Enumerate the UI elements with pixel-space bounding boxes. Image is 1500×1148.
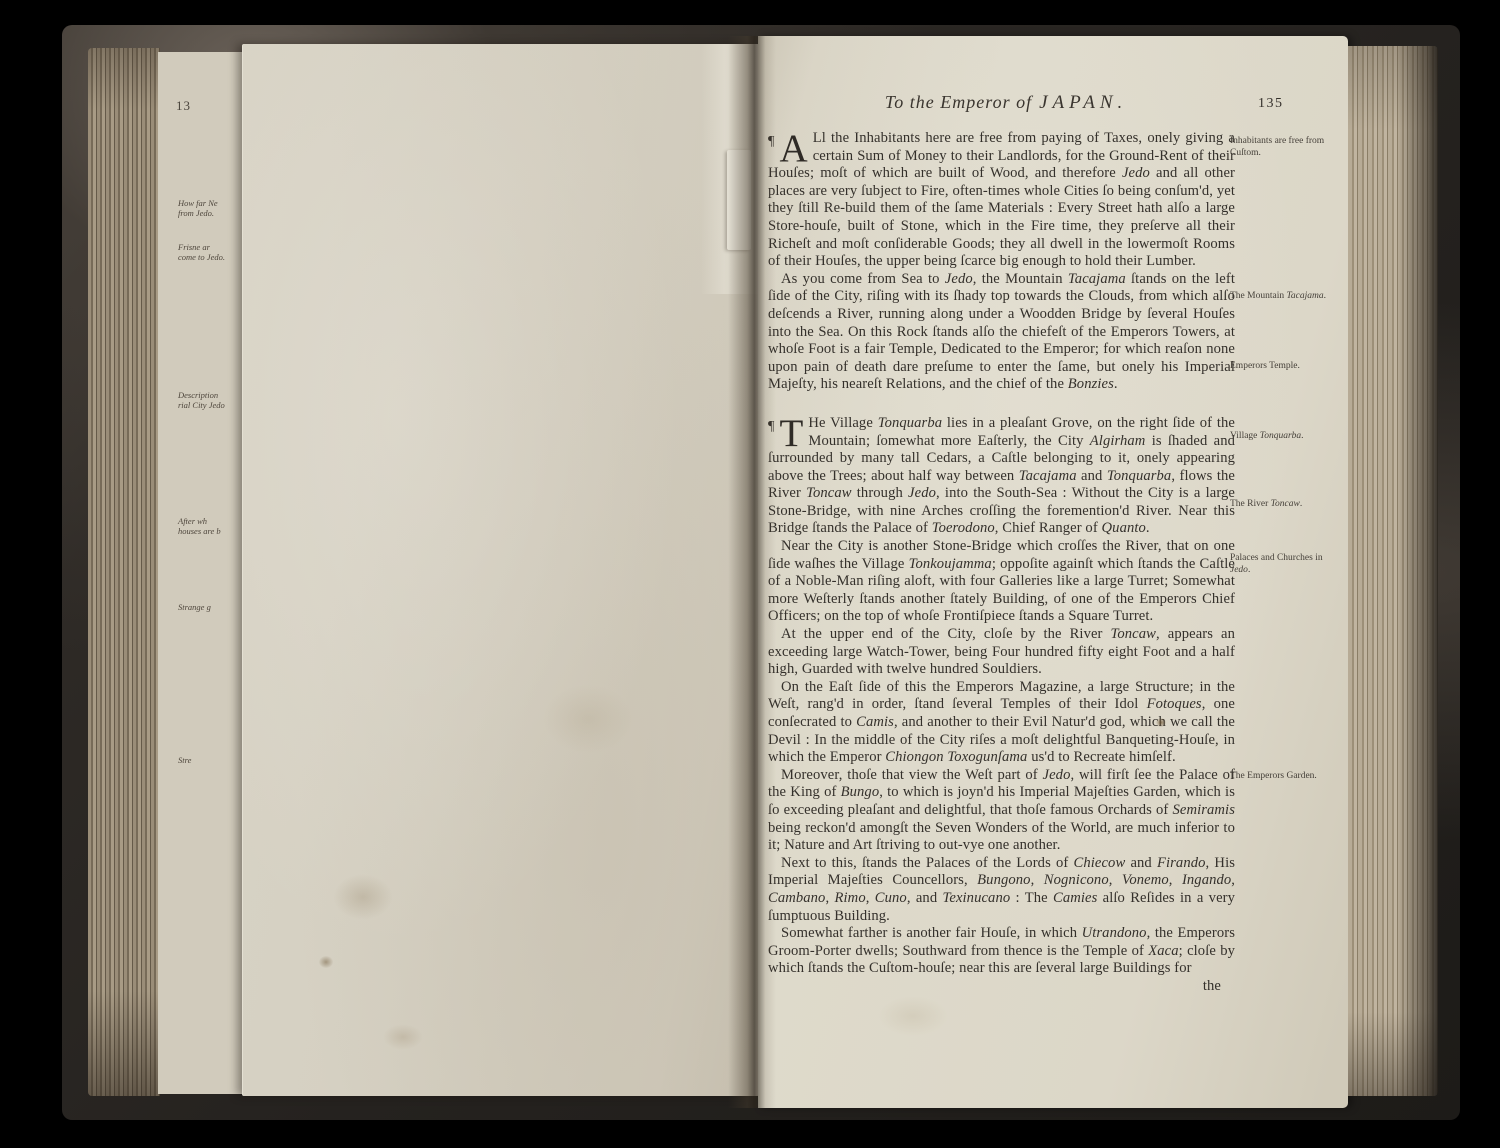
blank-interleaf-sheet xyxy=(242,44,759,1096)
book-photograph: 13 How far Nefrom Jedo. Frisne arcome to… xyxy=(0,0,1500,1148)
right-margin-note: Emperors Temple. xyxy=(1230,361,1326,373)
paper-stain xyxy=(319,956,333,968)
paper-stain xyxy=(383,1024,423,1050)
pilcrow-mark: ¶ xyxy=(768,418,774,436)
paragraph-container: ¶ALl the Inhabitants here are free from … xyxy=(768,130,1235,978)
left-page-number: 13 xyxy=(176,98,191,114)
right-margin-note: The Emperors Garden. xyxy=(1230,771,1326,783)
catchword: the xyxy=(768,978,1235,996)
right-margin-note: Inhabitants are free from Cuſtom. xyxy=(1230,136,1326,159)
paper-stain xyxy=(878,996,948,1036)
paragraph: Moreover, thoſe that view the Weſt part … xyxy=(768,767,1235,855)
text-column: ¶ALl the Inhabitants here are free from … xyxy=(768,130,1235,996)
left-margin-note: After whhouses are b xyxy=(178,516,238,536)
drop-cap: T xyxy=(777,415,808,449)
running-header-prefix: To the Emperor of xyxy=(885,92,1032,112)
left-underpage-margin: 13 How far Nefrom Jedo. Frisne arcome to… xyxy=(158,52,244,1094)
page-number: 135 xyxy=(1258,96,1284,112)
paragraph: Next to this, ſtands the Palaces of the … xyxy=(768,855,1235,925)
running-header-title-word: JAPAN xyxy=(1039,92,1117,113)
paper-stain xyxy=(543,684,633,754)
paragraph: Somewhat farther is another fair Houſe, … xyxy=(768,925,1235,978)
left-margin-note: Frisne arcome to Jedo. xyxy=(178,242,238,262)
right-page-edges xyxy=(1348,46,1438,1096)
left-margin-note: Stre xyxy=(178,755,238,765)
left-margin-note: Descriptionrial City Jedo xyxy=(178,390,238,410)
right-margin-note: Palaces and Churches in Jedo. xyxy=(1230,553,1326,576)
left-margin-note: How far Nefrom Jedo. xyxy=(178,198,238,218)
drop-cap: A xyxy=(777,130,812,164)
pilcrow-mark: ¶ xyxy=(768,133,774,151)
running-header: To the Emperor ofJAPAN. xyxy=(814,92,1194,114)
left-margin-note: Strange g xyxy=(178,602,238,612)
paragraph: At the upper end of the City, cloſe by t… xyxy=(768,626,1235,679)
right-margin-note: Village Tonquarba. xyxy=(1230,431,1326,443)
paragraph: As you come from Sea to Jedo, the Mounta… xyxy=(768,271,1235,394)
left-page-edges xyxy=(88,48,160,1096)
right-page: To the Emperor ofJAPAN. 135 ¶ALl the Inh… xyxy=(758,36,1348,1108)
paragraph: ¶THe Village Tonquarba lies in a pleaſan… xyxy=(768,415,1235,538)
running-header-period: . xyxy=(1118,92,1124,112)
paper-stain xyxy=(333,874,393,920)
right-margin-note: The Mountain Tacajama. xyxy=(1230,291,1326,303)
paper-stain xyxy=(1156,718,1166,727)
right-margin-note: The River Toncaw. xyxy=(1230,499,1326,511)
paragraph: Near the City is another Stone-Bridge wh… xyxy=(768,538,1235,626)
paper-tab xyxy=(727,150,751,250)
paragraph: ¶ALl the Inhabitants here are free from … xyxy=(768,130,1235,271)
